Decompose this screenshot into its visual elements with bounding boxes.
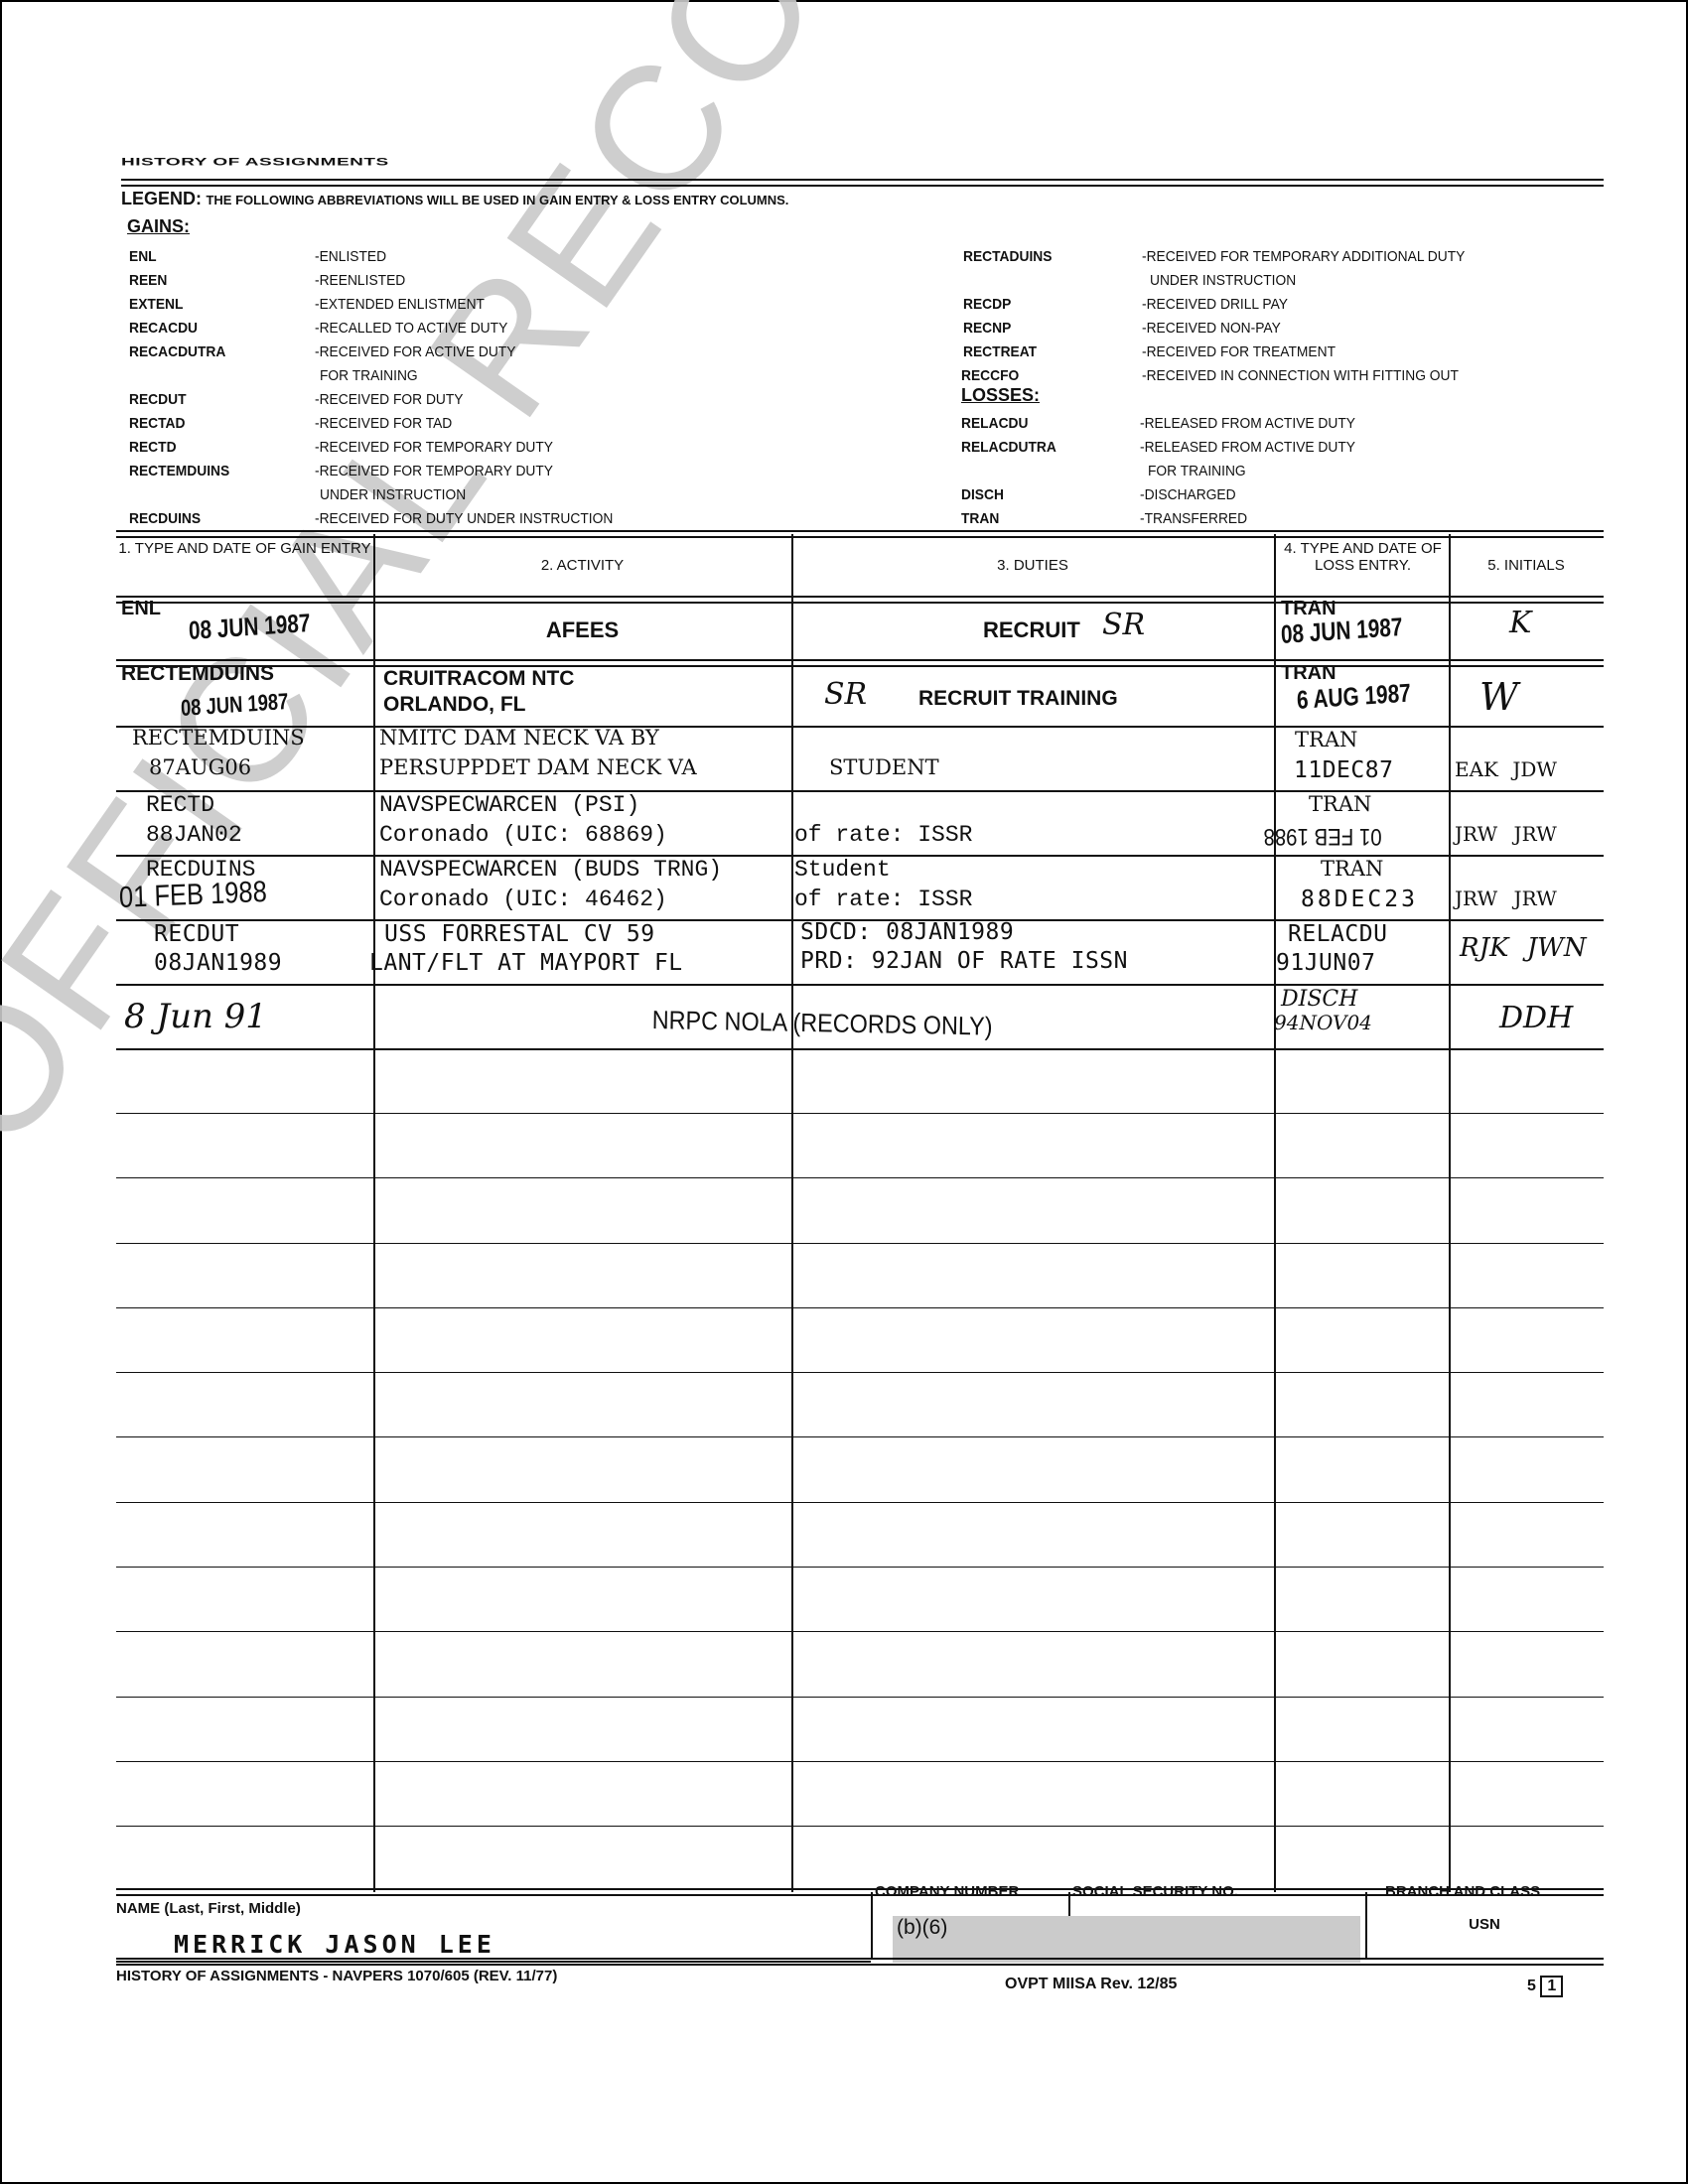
duties-line2: PRD: 92JAN OF RATE ISSN [800, 948, 1128, 974]
table-bottom-rule [116, 1888, 1604, 1896]
legend-desc: -EXTENDED ENLISTMENT [315, 296, 485, 313]
duties-signature: SR [824, 677, 867, 712]
initials: JRW JRW [1455, 887, 1557, 910]
legend-code: RELACDU [961, 415, 1028, 432]
col-divider-1 [373, 534, 375, 1892]
row-rule [116, 659, 1604, 667]
gain-type: RECTEMDUINS [121, 662, 274, 686]
legend-desc-cont: FOR TRAINING [320, 367, 418, 384]
gain-date: 01 FEB 1988 [118, 876, 267, 915]
duties: STUDENT [829, 755, 939, 779]
gain-date: 87AUG06 [149, 755, 251, 779]
col-divider-2 [791, 534, 793, 1892]
legend-code: RECTEMDUINS [129, 463, 229, 479]
loss-date: 88DEC23 [1301, 887, 1418, 912]
legend-desc: -REENLISTED [315, 272, 405, 289]
duties-line1: SDCD: 08JAN1989 [800, 919, 1014, 945]
legend-code: RECCFO [961, 367, 1019, 384]
row-rule [116, 1243, 1604, 1244]
duties: RECRUIT TRAINING [918, 687, 1118, 711]
duties: RECRUIT [983, 617, 1080, 643]
legend-desc: -RECEIVED FOR DUTY [315, 391, 464, 408]
legend-code: REEN [129, 272, 167, 289]
legend-line: LEGEND: THE FOLLOWING ABBREVIATIONS WILL… [121, 189, 788, 209]
legend-desc-cont: FOR TRAINING [1148, 463, 1246, 479]
legend-desc: -RECEIVED FOR TEMPORARY DUTY [315, 439, 553, 456]
activity-line2: LANT/FLT AT MAYPORT FL [369, 950, 683, 976]
losses-label: LOSSES: [961, 385, 1040, 406]
activity-line1: NMITC DAM NECK VA BY [379, 726, 659, 750]
row-rule [116, 984, 1604, 986]
legend-code: ENL [129, 248, 157, 265]
legend-code: RECTADUINS [963, 248, 1052, 265]
activity-line1: NAVSPECWARCEN (PSI) [379, 792, 639, 818]
activity-line2: PERSUPPDET DAM NECK VA [379, 755, 697, 779]
branch-value: USN [1365, 1916, 1604, 1933]
form-identifier: HISTORY OF ASSIGNMENTS - NAVPERS 1070/60… [116, 1968, 557, 1984]
legend-desc-cont: UNDER INSTRUCTION [1150, 272, 1296, 289]
legend-desc: -RELEASED FROM ACTIVE DUTY [1140, 415, 1355, 432]
branch-label: BRANCH AND CLASS [1385, 1883, 1540, 1900]
duties-signature: SR [1102, 608, 1145, 642]
redaction-box [893, 1916, 1360, 1963]
col-divider-3 [1274, 534, 1276, 1892]
legend-desc: -TRANSFERRED [1140, 510, 1247, 527]
row-rule [116, 1697, 1604, 1698]
gain-type: RECDUT [154, 921, 239, 947]
legend-desc: -RECEIVED FOR TREATMENT [1142, 343, 1336, 360]
loss-type: TRAN [1309, 792, 1371, 816]
legend-code: RECDUT [129, 391, 187, 408]
legend-desc: -RECEIVED NON-PAY [1142, 320, 1281, 337]
activity-line2: Coronado (UIC: 46462) [379, 887, 667, 912]
legend-code: RECACDUTRA [129, 343, 225, 360]
title-rule [121, 179, 1604, 187]
page-border [0, 0, 1688, 2184]
duties-line2: of rate: ISSR [794, 822, 972, 848]
legend-code: RECNP [963, 320, 1011, 337]
row-rule [116, 1631, 1604, 1632]
legend-code: EXTENL [129, 296, 183, 313]
legend-desc: -RECEIVED FOR ACTIVE DUTY [315, 343, 515, 360]
row-rule [116, 1307, 1604, 1308]
legend-text: THE FOLLOWING ABBREVIATIONS WILL BE USED… [206, 193, 788, 207]
legend-code: RECACDU [129, 320, 198, 337]
legend-label: LEGEND: [121, 189, 202, 208]
table-top-rule [116, 530, 1604, 538]
form-title: HISTORY OF ASSIGNMENTS [121, 156, 389, 169]
legend-desc: -RECEIVED FOR TAD [315, 415, 452, 432]
legend-code: RECTREAT [963, 343, 1037, 360]
row-rule [116, 1436, 1604, 1437]
loss-type: RELACDU [1288, 921, 1387, 947]
legend-desc: -RECEIVED IN CONNECTION WITH FITTING OUT [1142, 367, 1459, 384]
row-rule [116, 1372, 1604, 1373]
duties-line2: of rate: ISSR [794, 887, 972, 912]
gain-type: RECTEMDUINS [132, 726, 305, 750]
loss-type-handwritten: DISCH [1281, 987, 1357, 1012]
loss-type: TRAN [1281, 662, 1336, 685]
header-gain-entry: 1. TYPE AND DATE OF GAIN ENTRY [116, 540, 373, 557]
row-rule [116, 1761, 1604, 1762]
header-duties: 3. DUTIES [791, 557, 1274, 574]
legend-desc: -ENLISTED [315, 248, 386, 265]
row-rule [116, 1113, 1604, 1114]
row-rule [116, 1567, 1604, 1568]
header-activity: 2. ACTIVITY [373, 557, 791, 574]
page-indicator: 5 1 [1527, 1976, 1563, 1997]
activity-line1: CRUITRACOM NTC [383, 667, 574, 691]
name-label: NAME (Last, First, Middle) [116, 1900, 301, 1917]
legend-code: RECDUINS [129, 510, 201, 527]
activity-line2: ORLANDO, FL [383, 693, 525, 717]
legend-desc: -RECEIVED FOR TEMPORARY ADDITIONAL DUTY [1142, 248, 1465, 265]
redaction-label: (b)(6) [897, 1916, 947, 1940]
legend-code: DISCH [961, 486, 1004, 503]
header-bottom-rule [116, 596, 1604, 604]
loss-date-handwritten: 94NOV04 [1274, 1011, 1372, 1034]
footer-rule [116, 1958, 1604, 1966]
initials: EAK JDW [1455, 757, 1557, 781]
loss-type: TRAN [1321, 857, 1383, 881]
ovpt-revision: OVPT MIISA Rev. 12/85 [1005, 1976, 1177, 1993]
legend-code: RECDP [963, 296, 1011, 313]
legend-desc: -RECALLED TO ACTIVE DUTY [315, 320, 507, 337]
legend-code: TRAN [961, 510, 999, 527]
loss-type: TRAN [1295, 728, 1357, 751]
loss-date: 91JUN07 [1276, 950, 1375, 976]
legend-code: RELACDUTRA [961, 439, 1056, 456]
row-rule [116, 1177, 1604, 1178]
col-divider-4 [1449, 534, 1451, 1892]
row-rule [116, 790, 1604, 792]
initials-signature: K [1509, 606, 1531, 640]
company-divider [871, 1892, 873, 1960]
activity-line2: Coronado (UIC: 68869) [379, 822, 667, 848]
legend-desc: -DISCHARGED [1140, 486, 1236, 503]
page-section: 5 [1527, 1978, 1536, 1994]
duties-line1: Student [794, 857, 891, 883]
page-number: 1 [1540, 1976, 1563, 1997]
legend-desc: -RECEIVED DRILL PAY [1142, 296, 1288, 313]
legend-desc: -RELEASED FROM ACTIVE DUTY [1140, 439, 1355, 456]
legend-code: RECTAD [129, 415, 185, 432]
gain-date: 88JAN02 [146, 822, 242, 848]
legend-desc: -RECEIVED FOR DUTY UNDER INSTRUCTION [315, 510, 613, 527]
gains-label: GAINS: [127, 216, 190, 237]
legend-desc: -RECEIVED FOR TEMPORARY DUTY [315, 463, 553, 479]
activity: NRPC NOLA (RECORDS ONLY) [652, 1005, 993, 1042]
activity-line1: NAVSPECWARCEN (BUDS TRNG) [379, 857, 722, 883]
activity: AFEES [373, 617, 791, 643]
row-rule [116, 726, 1604, 728]
loss-date-inverted: 01 FEB 1988 [1264, 822, 1382, 850]
row-rule [116, 1048, 1604, 1050]
activity-line1: USS FORRESTAL CV 59 [384, 921, 655, 947]
initials-signature: RJK JWN [1460, 933, 1587, 963]
name-value: MERRICK JASON LEE [174, 1930, 495, 1959]
header-initials: 5. INITIALS [1449, 557, 1604, 574]
gain-type: ENL [121, 598, 161, 620]
gain-date: 08JAN1989 [154, 950, 282, 976]
legend-code: RECTD [129, 439, 177, 456]
row-rule [116, 1826, 1604, 1827]
company-label: COMPANY NUMBER [875, 1883, 1019, 1900]
header-loss-entry: 4. TYPE AND DATE OF LOSS ENTRY. [1281, 540, 1445, 574]
ssn-divider [1068, 1892, 1070, 1916]
initials: JRW JRW [1455, 822, 1557, 846]
row-rule [116, 1502, 1604, 1503]
gain-date-handwritten: 8 Jun 91 [124, 997, 267, 1036]
initials-signature: DDH [1499, 1001, 1573, 1035]
loss-date: 11DEC87 [1294, 757, 1393, 783]
legend-desc-cont: UNDER INSTRUCTION [320, 486, 466, 503]
ssn-label: SOCIAL SECURITY NO. [1072, 1883, 1238, 1900]
gain-type: RECTD [146, 792, 214, 818]
initials-signature: W [1479, 675, 1518, 719]
